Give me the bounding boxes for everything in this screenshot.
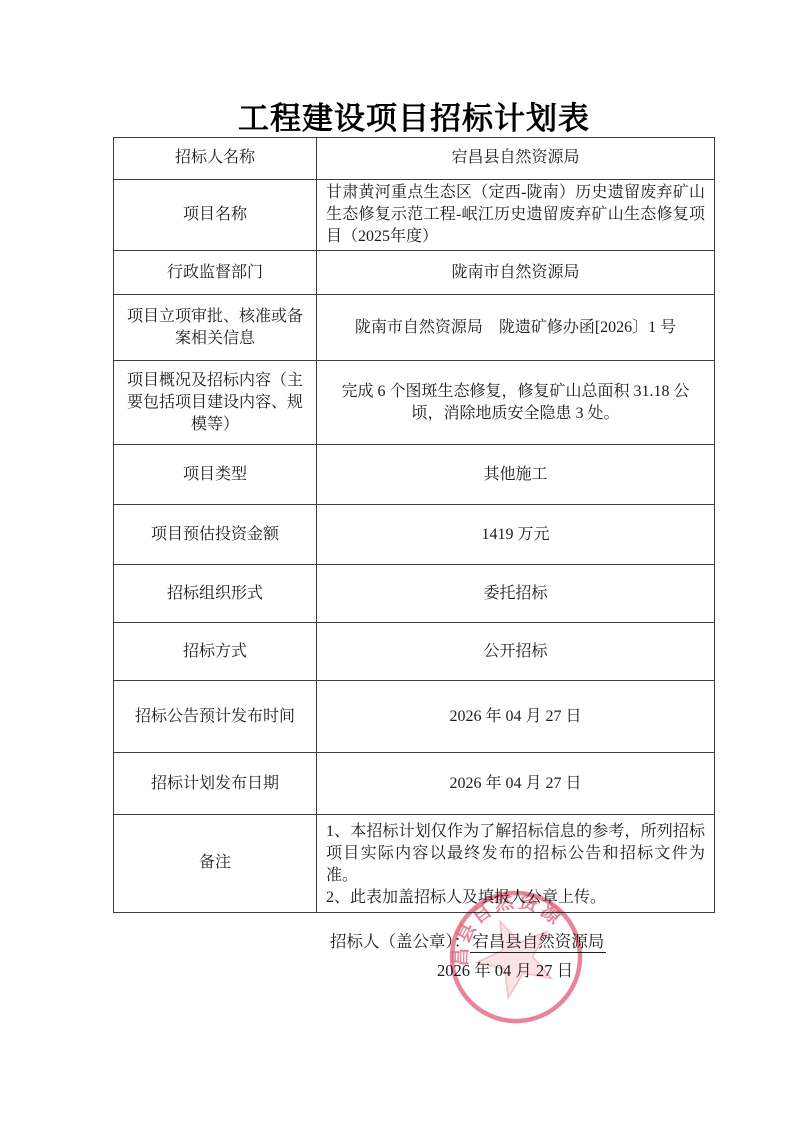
row-label: 招标公告预计发布时间 bbox=[114, 681, 317, 753]
row-value: 公开招标 bbox=[317, 623, 715, 681]
row-value: 陇南市自然资源局 陇遗矿修办函[2026〕1 号 bbox=[317, 295, 715, 361]
remark-line-2: 2、此表加盖招标人及填报人公章上传。 bbox=[326, 887, 705, 909]
row-value: 甘肃黄河重点生态区（定西-陇南）历史遗留废弃矿山生态修复示范工程-岷江历史遗留废… bbox=[317, 180, 715, 251]
signature-line: 招标人（盖公章）：宕昌县自然资源局 bbox=[330, 928, 606, 952]
table-row: 招标组织形式 委托招标 bbox=[114, 565, 715, 623]
table-row: 备注 1、本招标计划仅作为了解招标信息的参考，所列招标项目实际内容以最终发布的招… bbox=[114, 815, 715, 912]
row-label: 招标人名称 bbox=[114, 138, 317, 180]
table-row: 项目概况及招标内容（主要包括项目建设内容、规模等） 完成 6 个图斑生态修复，修… bbox=[114, 361, 715, 445]
table-row: 招标方式 公开招标 bbox=[114, 623, 715, 681]
row-value: 2026 年 04 月 27 日 bbox=[317, 681, 715, 753]
table-row: 招标计划发布日期 2026 年 04 月 27 日 bbox=[114, 753, 715, 815]
remark-line-1: 1、本招标计划仅作为了解招标信息的参考，所列招标项目实际内容以最终发布的招标公告… bbox=[326, 821, 705, 887]
signature-label: 招标人（盖公章）： bbox=[330, 932, 470, 951]
row-label: 项目立项审批、核准或备案相关信息 bbox=[114, 295, 317, 361]
row-value: 1419 万元 bbox=[317, 505, 715, 565]
table-row: 行政监督部门 陇南市自然资源局 bbox=[114, 251, 715, 295]
table-row: 招标公告预计发布时间 2026 年 04 月 27 日 bbox=[114, 681, 715, 753]
row-label: 招标方式 bbox=[114, 623, 317, 681]
row-value-remarks: 1、本招标计划仅作为了解招标信息的参考，所列招标项目实际内容以最终发布的招标公告… bbox=[317, 815, 715, 912]
row-value: 其他施工 bbox=[317, 445, 715, 505]
row-value: 陇南市自然资源局 bbox=[317, 251, 715, 295]
page-title: 工程建设项目招标计划表 bbox=[0, 93, 793, 138]
table-row: 项目预估投资金额 1419 万元 bbox=[114, 505, 715, 565]
row-value: 完成 6 个图斑生态修复，修复矿山总面积 31.18 公顷，消除地质安全隐患 3… bbox=[317, 361, 715, 445]
row-label: 备注 bbox=[114, 815, 317, 912]
row-value: 2026 年 04 月 27 日 bbox=[317, 753, 715, 815]
row-label: 招标计划发布日期 bbox=[114, 753, 317, 815]
table-row: 项目立项审批、核准或备案相关信息 陇南市自然资源局 陇遗矿修办函[2026〕1 … bbox=[114, 295, 715, 361]
row-label: 项目名称 bbox=[114, 180, 317, 251]
row-value: 宕昌县自然资源局 bbox=[317, 138, 715, 180]
document-page: 工程建设项目招标计划表 招标人名称 宕昌县自然资源局 项目名称 甘肃黄河重点生态… bbox=[0, 0, 793, 1122]
signature-date: 2026 年 04 月 27 日 bbox=[437, 957, 573, 981]
row-label: 行政监督部门 bbox=[114, 251, 317, 295]
row-value: 委托招标 bbox=[317, 565, 715, 623]
row-label: 招标组织形式 bbox=[114, 565, 317, 623]
signature-org-name: 宕昌县自然资源局 bbox=[470, 932, 606, 953]
row-label: 项目概况及招标内容（主要包括项目建设内容、规模等） bbox=[114, 361, 317, 445]
table-row: 招标人名称 宕昌县自然资源局 bbox=[114, 138, 715, 180]
row-label: 项目预估投资金额 bbox=[114, 505, 317, 565]
table-row: 项目名称 甘肃黄河重点生态区（定西-陇南）历史遗留废弃矿山生态修复示范工程-岷江… bbox=[114, 180, 715, 251]
row-label: 项目类型 bbox=[114, 445, 317, 505]
seal-star-icon bbox=[465, 906, 565, 1004]
table-row: 项目类型 其他施工 bbox=[114, 445, 715, 505]
bidding-plan-table: 招标人名称 宕昌县自然资源局 项目名称 甘肃黄河重点生态区（定西-陇南）历史遗留… bbox=[113, 137, 715, 913]
